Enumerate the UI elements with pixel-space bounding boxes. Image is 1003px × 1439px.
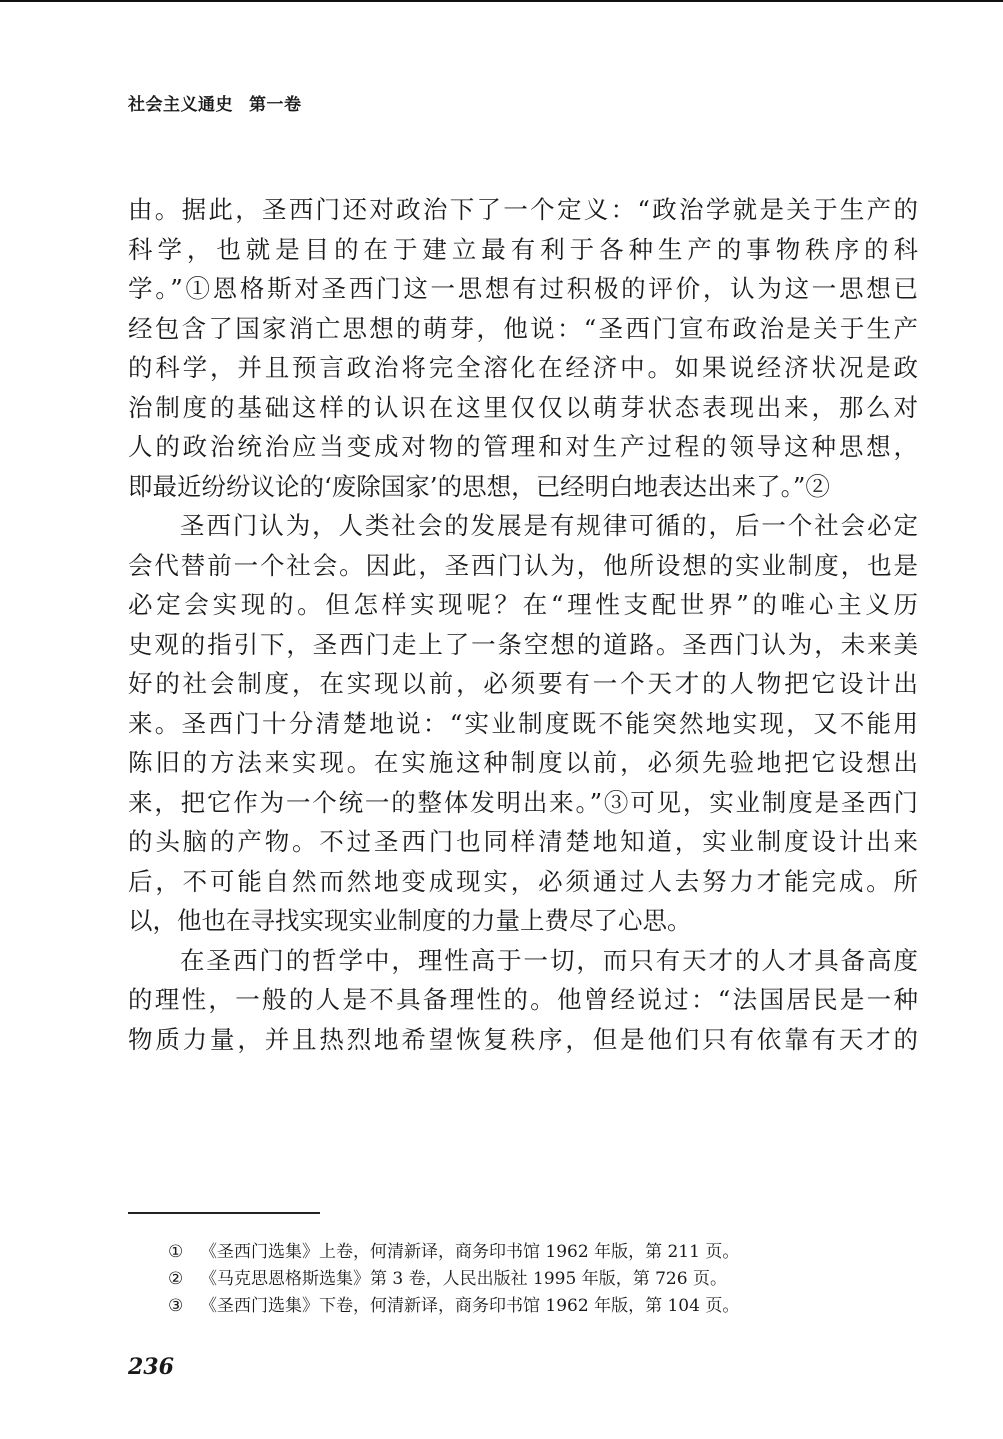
footnote-separator — [128, 1212, 320, 1214]
text-line: 来，把它作为一个统一的整体发明出来。”③可见，实业制度是圣西门 — [128, 783, 918, 823]
text-line: 陈旧的方法来实现。在实施这种制度以前，必须先验地把它设想出 — [128, 743, 918, 783]
footnote-marker: ③ — [168, 1293, 200, 1320]
body-text: 由。据此，圣西门还对政治下了一个定义：“政治学就是关于生产的科学，也就是目的在于… — [128, 190, 918, 1059]
book-title: 社会主义通史 — [128, 95, 233, 115]
text-line: 学。”①恩格斯对圣西门这一思想有过积极的评价，认为这一思想已 — [128, 269, 918, 309]
text-line: 科学，也就是目的在于建立最有利于各种生产的事物秩序的科 — [128, 230, 918, 270]
text-line: 会代替前一个社会。因此，圣西门认为，他所设想的实业制度，也是 — [128, 546, 918, 586]
text-line: 在圣西门的哲学中，理性高于一切，而只有天才的人才具备高度 — [128, 941, 918, 981]
text-line: 圣西门认为，人类社会的发展是有规律可循的，后一个社会必定 — [128, 506, 918, 546]
text-line: 治制度的基础这样的认识在这里仅仅以萌芽状态表现出来，那么对 — [128, 388, 918, 428]
footnote-marker: ① — [168, 1239, 200, 1266]
text-line: 由。据此，圣西门还对政治下了一个定义：“政治学就是关于生产的 — [128, 190, 918, 230]
text-line: 史观的指引下，圣西门走上了一条空想的道路。圣西门认为，未来美 — [128, 625, 918, 665]
footnote-item: ③《圣西门选集》下卷，何清新译，商务印书馆 1962 年版，第 104 页。 — [168, 1293, 848, 1320]
footnote-marker: ② — [168, 1266, 200, 1293]
text-line: 必定会实现的。但怎样实现呢？在“理性支配世界”的唯心主义历 — [128, 585, 918, 625]
footnote-text: 《圣西门选集》上卷，何清新译，商务印书馆 1962 年版，第 211 页。 — [200, 1242, 739, 1262]
text-line: 后，不可能自然而然地变成现实，必须通过人去努力才能完成。所 — [128, 862, 918, 902]
text-line: 人的政治统治应当变成对物的管理和对生产过程的领导这种思想， — [128, 427, 918, 467]
text-line: 好的社会制度，在实现以前，必须要有一个天才的人物把它设计出 — [128, 664, 918, 704]
footnote-text: 《马克思恩格斯选集》第 3 卷，人民出版社 1995 年版，第 726 页。 — [200, 1269, 727, 1289]
page-number: 236 — [128, 1354, 174, 1380]
text-line: 的科学，并且预言政治将完全溶化在经济中。如果说经济状况是政 — [128, 348, 918, 388]
text-line: 以，他也在寻找实现实业制度的力量上费尽了心思。 — [128, 901, 918, 941]
text-line: 物质力量，并且热烈地希望恢复秩序，但是他们只有依靠有天才的 — [128, 1020, 918, 1060]
footnote-text: 《圣西门选集》下卷，何清新译，商务印书馆 1962 年版，第 104 页。 — [200, 1296, 739, 1316]
top-border-rule — [0, 0, 1003, 2]
footnote-item: ②《马克思恩格斯选集》第 3 卷，人民出版社 1995 年版，第 726 页。 — [168, 1266, 848, 1293]
volume-label: 第一卷 — [249, 95, 302, 115]
footnote-item: ①《圣西门选集》上卷，何清新译，商务印书馆 1962 年版，第 211 页。 — [168, 1239, 848, 1266]
running-header: 社会主义通史第一卷 — [128, 90, 302, 115]
footnotes: ①《圣西门选集》上卷，何清新译，商务印书馆 1962 年版，第 211 页。②《… — [168, 1239, 848, 1320]
text-line: 经包含了国家消亡思想的萌芽，他说：“圣西门宣布政治是关于生产 — [128, 309, 918, 349]
text-line: 的理性，一般的人是不具备理性的。他曾经说过：“法国居民是一种 — [128, 980, 918, 1020]
text-line: 来。圣西门十分清楚地说：“实业制度既不能突然地实现，又不能用 — [128, 704, 918, 744]
text-line: 的头脑的产物。不过圣西门也同样清楚地知道，实业制度设计出来 — [128, 822, 918, 862]
text-line: 即最近纷纷议论的‘废除国家’的思想，已经明白地表达出来了。”② — [128, 467, 918, 507]
